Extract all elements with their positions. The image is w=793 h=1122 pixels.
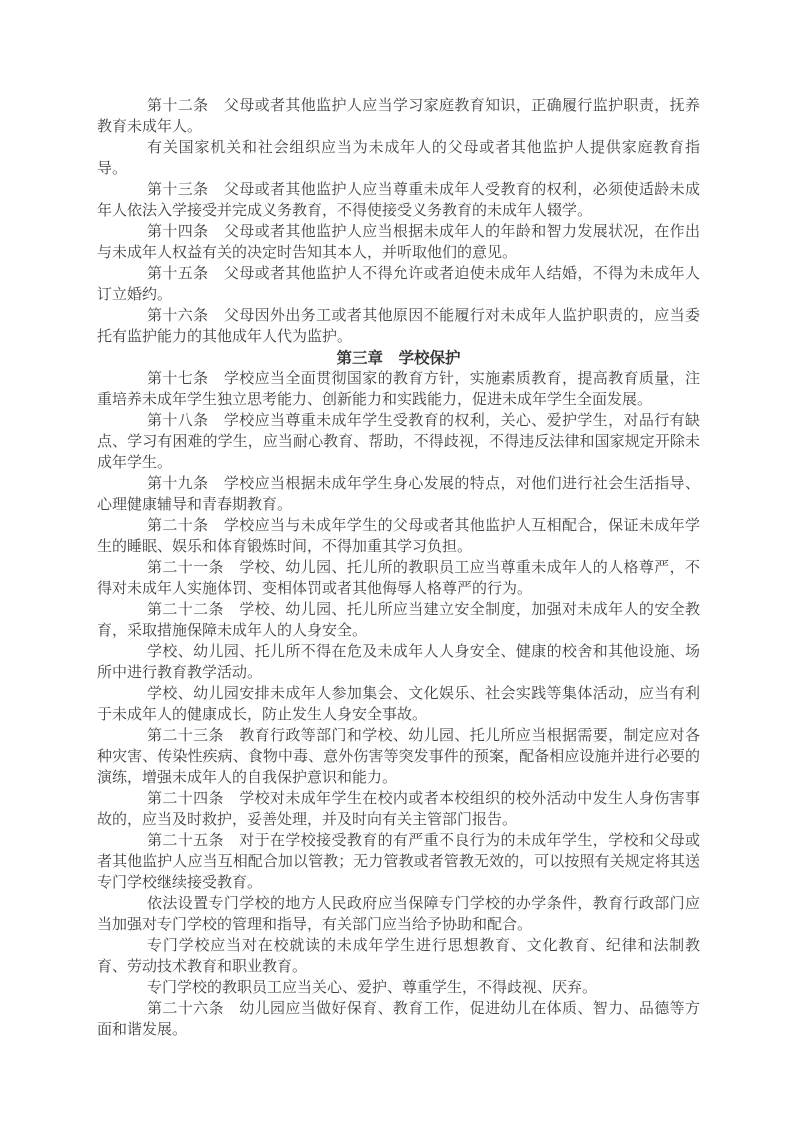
law-paragraph: 第二十六条 幼儿园应当做好保育、教育工作，促进幼儿在体质、智力、品德等方面和谐发… — [97, 999, 700, 1041]
law-paragraph: 第二十一条 学校、幼儿园、托儿所的教职员工应当尊重未成年人的人格尊严，不得对未成… — [97, 558, 700, 600]
law-paragraph: 第二十二条 学校、幼儿园、托儿所应当建立安全制度，加强对未成年人的安全教育，采取… — [97, 600, 700, 642]
law-paragraph: 第十三条 父母或者其他监护人应当尊重未成年人受教育的权利，必须使适龄未成年人依法… — [97, 180, 700, 222]
law-paragraph: 专门学校应当对在校就读的未成年学生进行思想教育、文化教育、纪律和法制教育、劳动技… — [97, 936, 700, 978]
law-paragraph: 学校、幼儿园、托儿所不得在危及未成年人人身安全、健康的校舍和其他设施、场所中进行… — [97, 642, 700, 684]
law-paragraph: 第十四条 父母或者其他监护人应当根据未成年人的年龄和智力发展状况，在作出与未成年… — [97, 222, 700, 264]
document-page: 第十二条 父母或者其他监护人应当学习家庭教育知识，正确履行监护职责，抚养教育未成… — [0, 0, 793, 1122]
law-paragraph: 第十六条 父母因外出务工或者其他原因不能履行对未成年人监护职责的，应当委托有监护… — [97, 306, 700, 348]
law-paragraph: 第十五条 父母或者其他监护人不得允许或者迫使未成年人结婚，不得为未成年人订立婚约… — [97, 264, 700, 306]
law-text-block: 第十二条 父母或者其他监护人应当学习家庭教育知识，正确履行监护职责，抚养教育未成… — [97, 96, 700, 1041]
law-paragraph: 第二十三条 教育行政等部门和学校、幼儿园、托儿所应当根据需要，制定应对各种灾害、… — [97, 726, 700, 789]
law-paragraph: 第十二条 父母或者其他监护人应当学习家庭教育知识，正确履行监护职责，抚养教育未成… — [97, 96, 700, 138]
law-paragraph: 专门学校的教职员工应当关心、爱护、尊重学生，不得歧视、厌弃。 — [97, 978, 700, 999]
law-paragraph: 第二十四条 学校对未成年学生在校内或者本校组织的校外活动中发生人身伤害事故的，应… — [97, 789, 700, 831]
law-paragraph: 依法设置专门学校的地方人民政府应当保障专门学校的办学条件，教育行政部门应当加强对… — [97, 894, 700, 936]
law-paragraph: 第二十五条 对于在学校接受教育的有严重不良行为的未成年学生，学校和父母或者其他监… — [97, 831, 700, 894]
law-paragraph: 学校、幼儿园安排未成年人参加集会、文化娱乐、社会实践等集体活动，应当有利于未成年… — [97, 684, 700, 726]
chapter-heading: 第三章 学校保护 — [97, 348, 700, 369]
law-paragraph: 第十八条 学校应当尊重未成年学生受教育的权利，关心、爱护学生，对品行有缺点、学习… — [97, 411, 700, 474]
law-paragraph: 第十七条 学校应当全面贯彻国家的教育方针，实施素质教育，提高教育质量，注重培养未… — [97, 369, 700, 411]
law-paragraph: 第十九条 学校应当根据未成年学生身心发展的特点，对他们进行社会生活指导、心理健康… — [97, 474, 700, 516]
law-paragraph: 有关国家机关和社会组织应当为未成年人的父母或者其他监护人提供家庭教育指导。 — [97, 138, 700, 180]
law-paragraph: 第二十条 学校应当与未成年学生的父母或者其他监护人互相配合，保证未成年学生的睡眠… — [97, 516, 700, 558]
